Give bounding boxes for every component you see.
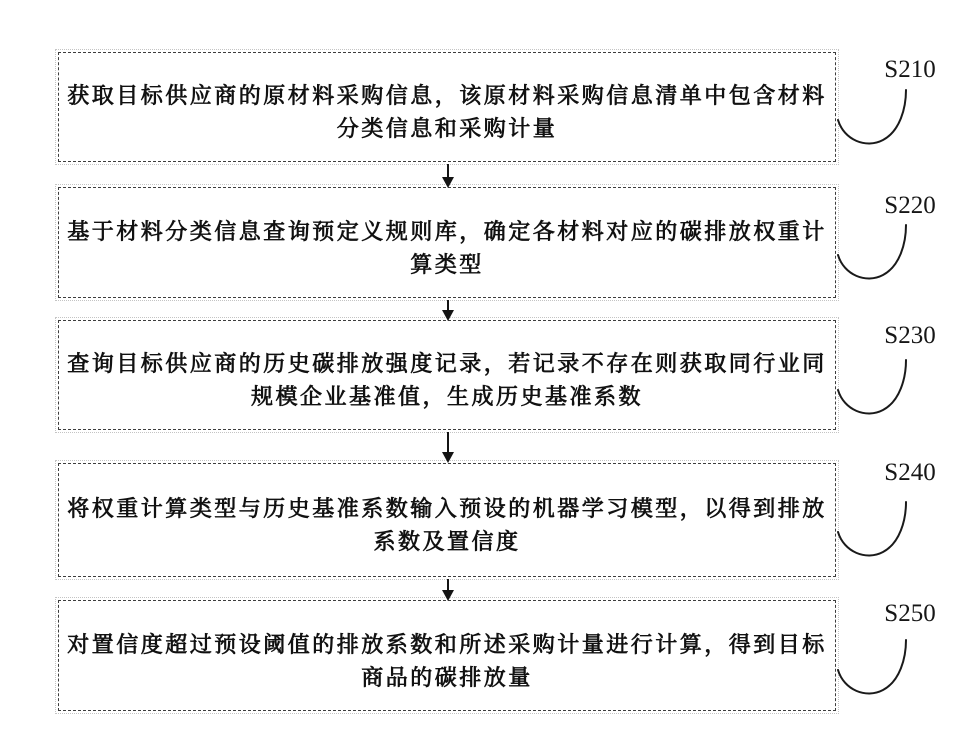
step-box-s250: 对置信度超过预设阈值的排放系数和所述采购计量进行计算，得到目标 商品的碳排放量 [58, 600, 836, 711]
flow-arrow-down-icon [447, 300, 449, 311]
step-text-line: 算类型 [410, 249, 484, 282]
reference-curve-s220 [838, 225, 906, 278]
step-label-s220: S220 [880, 192, 940, 220]
step-text-line: 将权重计算类型与历史基准系数输入预设的机器学习模型，以得到排放 [67, 493, 827, 526]
step-text-line: 查询目标供应商的历史碳排放强度记录，若记录不存在则获取同行业同 [67, 348, 827, 381]
reference-curve-s210 [838, 90, 906, 143]
reference-curve-s240 [838, 502, 906, 555]
step-text-line: 对置信度超过预设阈值的排放系数和所述采购计量进行计算，得到目标 [67, 629, 827, 662]
step-text-line: 分类信息和采购计量 [337, 113, 558, 146]
step-label-s210: S210 [880, 56, 940, 84]
flow-arrow-down-icon [447, 164, 449, 178]
reference-curve-s250 [838, 640, 906, 693]
step-box-s220: 基于材料分类信息查询预定义规则库，确定各材料对应的碳排放权重计 算类型 [58, 187, 836, 298]
flow-arrow-down-icon [447, 579, 449, 591]
flow-arrow-down-icon [447, 432, 449, 453]
step-text-line: 获取目标供应商的原材料采购信息，该原材料采购信息清单中包含材料 [67, 80, 827, 113]
step-box-s210: 获取目标供应商的原材料采购信息，该原材料采购信息清单中包含材料 分类信息和采购计… [58, 52, 836, 162]
step-box-s240: 将权重计算类型与历史基准系数输入预设的机器学习模型，以得到排放 系数及置信度 [58, 463, 836, 577]
step-label-s240: S240 [880, 459, 940, 487]
step-box-s230: 查询目标供应商的历史碳排放强度记录，若记录不存在则获取同行业同 规模企业基准值，… [58, 320, 836, 430]
step-label-s230: S230 [880, 322, 940, 350]
step-text-line: 系数及置信度 [373, 526, 520, 559]
reference-curve-s230 [838, 360, 906, 413]
step-text-line: 规模企业基准值，生成历史基准系数 [251, 381, 643, 414]
step-label-s250: S250 [880, 600, 940, 628]
step-text-line: 基于材料分类信息查询预定义规则库，确定各材料对应的碳排放权重计 [67, 216, 827, 249]
flowchart-figure: 获取目标供应商的原材料采购信息，该原材料采购信息清单中包含材料 分类信息和采购计… [0, 0, 953, 737]
step-text-line: 商品的碳排放量 [361, 662, 533, 695]
